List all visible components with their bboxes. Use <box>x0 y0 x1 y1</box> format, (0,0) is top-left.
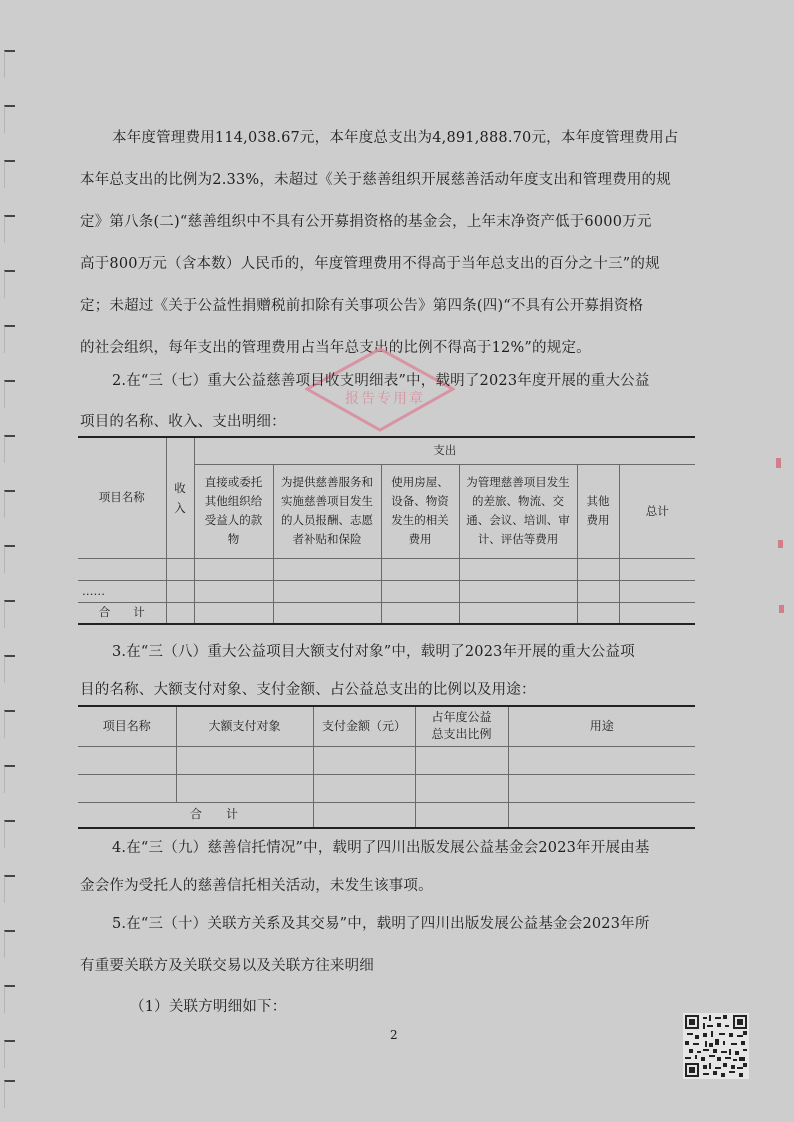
header-expense-total: 总计 <box>619 464 695 558</box>
cell <box>78 746 176 774</box>
cell <box>176 746 313 774</box>
paragraph-line: 本年度管理费用114,038.67元，本年度总支出为4,891,888.70元，… <box>112 128 732 148</box>
binding-mark <box>4 655 15 683</box>
header-payee: 大额支付对象 <box>176 706 313 746</box>
header-purpose: 用途 <box>508 706 695 746</box>
section-3-heading: 3.在“三（八）重大公益项目大额支付对象”中，载明了2023年开展的重大公益项 <box>112 642 732 662</box>
table-row <box>78 774 695 802</box>
binding-mark <box>4 875 15 903</box>
paragraph-line: 本年总支出的比例为2.33%，未超过《关于慈善组织开展慈善活动年度支出和管理费用… <box>80 170 700 190</box>
binding-mark <box>4 1040 15 1068</box>
paragraph-line: 项目的名称、收入、支出明细： <box>80 412 700 432</box>
binding-mark <box>4 820 15 848</box>
cell <box>313 746 415 774</box>
binding-mark <box>4 435 15 463</box>
paragraph-line: 有重要关联方及关联交易以及关联方往来明细 <box>80 956 700 976</box>
header-percentage: 占年度公益总支出比例 <box>415 706 508 746</box>
major-payment-recipients-table: 项目名称 大额支付对象 支付金额（元） 占年度公益总支出比例 用途 合 计 <box>78 705 695 829</box>
stamp-text: 报告专用章 <box>345 388 425 408</box>
cell <box>313 774 415 802</box>
binding-mark <box>4 1080 15 1108</box>
section-4-heading: 4.在“三（九）慈善信托情况”中，载明了四川出版发展公益基金会2023年开展由基 <box>112 838 732 858</box>
total-label: 合 计 <box>78 802 313 828</box>
binding-margin <box>0 0 20 1122</box>
cell-project-name <box>78 558 166 580</box>
table-total-row: 合 计 <box>78 602 695 624</box>
binding-mark <box>4 545 15 573</box>
binding-mark <box>4 105 15 133</box>
paragraph-line: 定；未超过《关于公益性捐赠税前扣除有关事项公告》第四条(四)“不具有公开募捐资格 <box>80 296 700 316</box>
header-project-name: 项目名称 <box>78 706 176 746</box>
major-project-income-expense-table: 项目名称 收入 支出 直接或委托其他组织给受益人的款物 为提供慈善服务和实施慈善… <box>78 436 695 625</box>
binding-mark <box>4 380 15 408</box>
section-5-heading: 5.在“三（十）关联方关系及其交易”中，载明了四川出版发展公益基金会2023年所 <box>112 914 732 934</box>
header-expense-other: 其他费用 <box>577 464 619 558</box>
cell <box>415 746 508 774</box>
qr-code-icon <box>683 1013 749 1079</box>
binding-mark <box>4 490 15 518</box>
header-expense-management: 为管理慈善项目发生的差旅、物流、交通、会议、培训、审计、评估等费用 <box>459 464 577 558</box>
header-amount: 支付金额（元） <box>313 706 415 746</box>
table-row: …… <box>78 580 695 602</box>
page-number: 2 <box>390 1028 398 1042</box>
paragraph-line: 定》第八条(二)“慈善组织中不具有公开募捐资格的基金会，上年末净资产低于6000… <box>80 212 700 232</box>
binding-mark <box>4 270 15 298</box>
binding-mark <box>4 710 15 738</box>
table-row <box>78 746 695 774</box>
paragraph-line: 高于800万元（含本数）人民币的，年度管理费用不得高于当年总支出的百分之十三”的… <box>80 254 700 274</box>
binding-mark <box>4 765 15 793</box>
seal-fragment <box>778 540 783 548</box>
section-2-heading: 2.在“三（七）重大公益慈善项目收支明细表”中，载明了2023年度开展的重大公益 <box>112 371 732 391</box>
seal-fragment <box>776 458 781 468</box>
header-expense-personnel: 为提供慈善服务和实施慈善项目发生的人员报酬、志愿者补贴和保险 <box>273 464 381 558</box>
binding-mark <box>4 325 15 353</box>
table-total-row: 合 计 <box>78 802 695 828</box>
seal-fragment <box>779 605 784 613</box>
header-project-name: 项目名称 <box>78 437 166 558</box>
header-expense-direct: 直接或委托其他组织给受益人的款物 <box>194 464 273 558</box>
cell <box>415 774 508 802</box>
binding-mark <box>4 985 15 1013</box>
header-expense-facilities: 使用房屋、设备、物资发生的相关费用 <box>381 464 459 558</box>
binding-mark <box>4 600 15 628</box>
cell <box>176 774 313 802</box>
paragraph-line: 目的名称、大额支付对象、支付金额、占公益总支出的比例以及用途： <box>80 680 700 700</box>
cell <box>78 774 176 802</box>
cell-project-name: …… <box>78 580 166 602</box>
header-expense: 支出 <box>194 437 695 464</box>
table-row <box>78 558 695 580</box>
binding-mark <box>4 930 15 958</box>
binding-mark <box>4 50 15 78</box>
binding-mark <box>4 160 15 188</box>
subsection-heading: （1）关联方明细如下： <box>130 997 750 1017</box>
total-label: 合 计 <box>78 602 166 624</box>
paragraph-line: 金会作为受托人的慈善信托相关活动，未发生该事项。 <box>80 876 700 896</box>
cell <box>508 774 695 802</box>
cell <box>508 746 695 774</box>
binding-mark <box>4 215 15 243</box>
header-income: 收入 <box>166 437 194 558</box>
